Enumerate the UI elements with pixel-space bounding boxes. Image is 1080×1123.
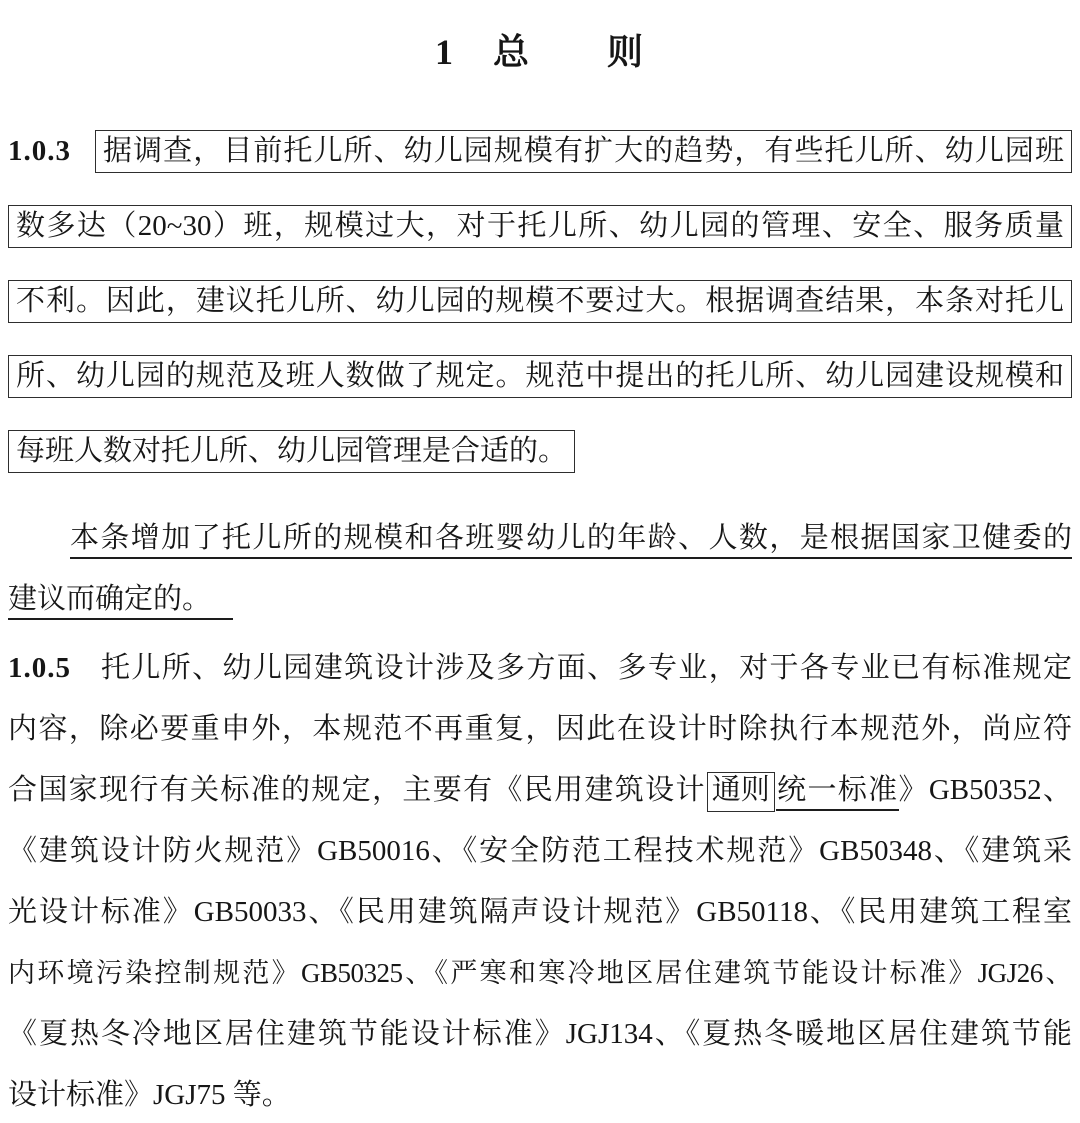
inserted-paragraph: 本条增加了托儿所的规模和各班婴幼儿的年龄、人数，是根据国家卫健委的 建议而确定的… [8,508,1072,630]
inserted-underlined-text: 本条增加了托儿所的规模和各班婴幼儿的年龄、人数，是根据国家卫健委的 [70,522,1072,559]
body-line: 设计标准》JGJ75 等。 [8,1065,1072,1123]
body-line: 《夏热冬冷地区居住建筑节能设计标准》JGJ134、《夏热冬暖地区居住建筑节能 [8,1004,1072,1065]
body-text: 合国家现行有关标准的规定，主要有《民用建筑设计 [8,774,706,806]
body-text: 》GB50352、 [899,774,1072,806]
revision-boxed-line: 据调查，目前托儿所、幼儿园规模有扩大的趋势，有些托儿所、幼儿园班 [95,130,1072,173]
clause-number-1-0-3: 1.0.3 [8,130,95,173]
body-line: 托儿所、幼儿园建筑设计涉及多方面、多专业，对于各专业已有标准规定 [101,638,1072,699]
body-line: 《建筑设计防火规范》GB50016、《安全防范工程技术规范》GB50348、《建… [8,821,1072,882]
revision-boxed-line: 每班人数对托儿所、幼儿园管理是合适的。 [8,430,575,473]
body-line: 内环境污染控制规范》GB50325、《严寒和寒冷地区居住建筑节能设计标准》JGJ… [8,943,1072,1004]
revision-boxed-line: 所、幼儿园的规范及班人数做了规定。规范中提出的托儿所、幼儿园建设规模和 [8,355,1072,398]
clause-1-0-3: 1.0.3 据调查，目前托儿所、幼儿园规模有扩大的趋势，有些托儿所、幼儿园班 数… [8,130,1072,478]
clause-number-1-0-5: 1.0.5 [8,638,101,699]
body-line: 内容，除必要重申外，本规范不再重复，因此在设计时除执行本规范外，尚应符 [8,699,1072,760]
inserted-underlined-text: 建议而确定的。 [8,583,233,620]
body-line: 建议而确定的。 [8,569,1072,630]
body-line-with-revision: 合国家现行有关标准的规定，主要有《民用建筑设计通则统一标准》GB50352、 [8,760,1072,821]
inserted-underlined-term: 统一标准 [776,774,899,811]
document-page: 1 总 则 1.0.3 据调查，目前托儿所、幼儿园规模有扩大的趋势，有些托儿所、… [0,0,1080,1123]
deleted-term-box: 通则 [707,772,775,812]
body-line: 本条增加了托儿所的规模和各班婴幼儿的年龄、人数，是根据国家卫健委的 [8,508,1072,569]
page-title: 1 总 则 [8,26,1072,78]
clause-1-0-5: 1.0.5 托儿所、幼儿园建筑设计涉及多方面、多专业，对于各专业已有标准规定 内… [8,638,1072,1123]
clause-1-0-3-first-line: 1.0.3 据调查，目前托儿所、幼儿园规模有扩大的趋势，有些托儿所、幼儿园班 [8,130,1072,173]
body-line: 光设计标准》GB50033、《民用建筑隔声设计规范》GB50118、《民用建筑工… [8,882,1072,943]
clause-1-0-5-first-line: 1.0.5 托儿所、幼儿园建筑设计涉及多方面、多专业，对于各专业已有标准规定 [8,638,1072,699]
revision-boxed-line: 数多达（20~30）班，规模过大，对于托儿所、幼儿园的管理、安全、服务质量 [8,205,1072,248]
revision-boxed-line: 不利。因此，建议托儿所、幼儿园的规模不要过大。根据调查结果，本条对托儿 [8,280,1072,323]
